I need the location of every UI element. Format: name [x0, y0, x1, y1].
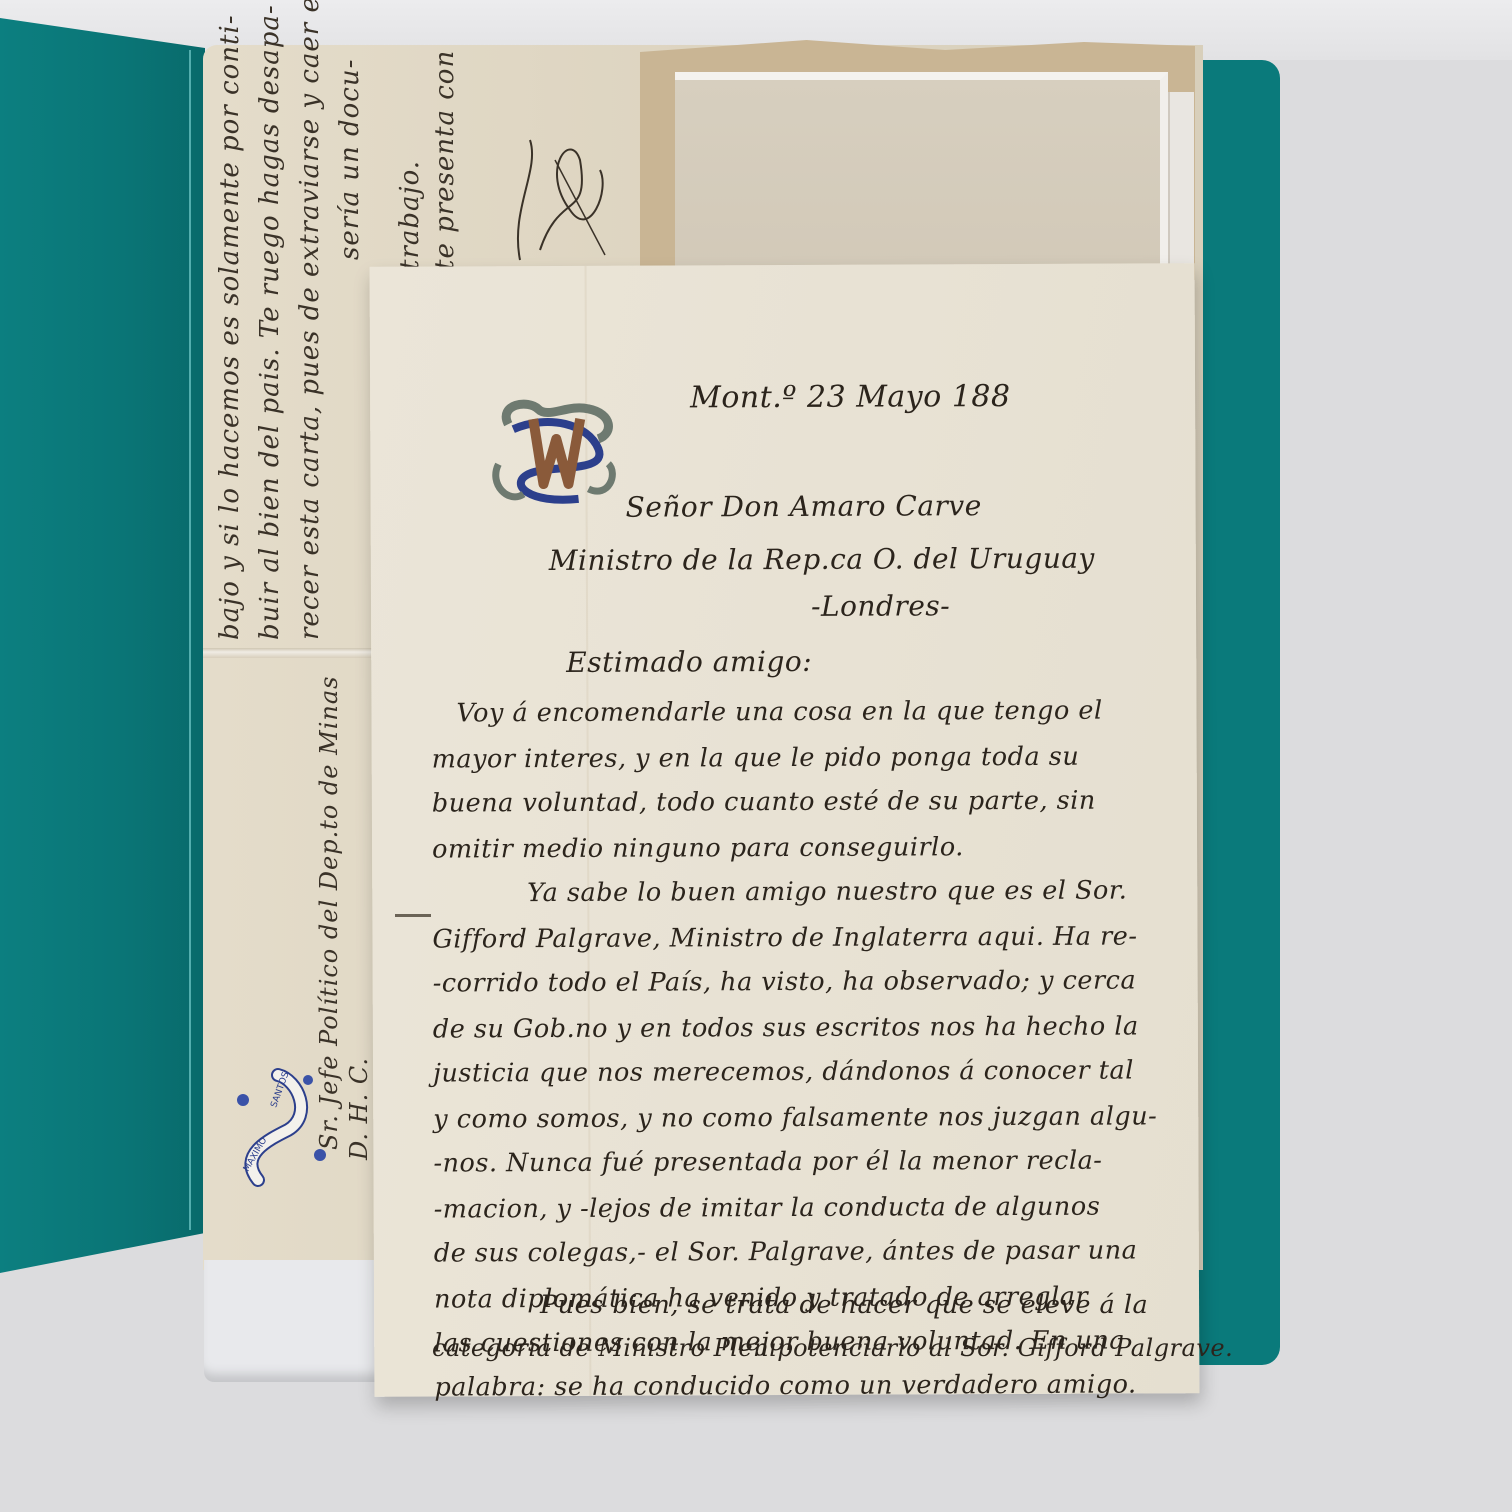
folder-right-pocket [1190, 60, 1280, 1365]
letter-line: Voy á encomendarle una cosa en la que te… [456, 696, 1102, 729]
plastic-sleeve [204, 1260, 376, 1382]
ms-monogram-icon [488, 394, 625, 510]
letter-line: Ya sabe lo buen amigo nuestro que es el … [527, 876, 1127, 909]
recipient-name: Señor Don Amaro Carve [626, 489, 982, 524]
letter-line: buena voluntad, todo cuanto esté de su p… [432, 786, 1096, 819]
letter-line: justicia que nos merecemos, dándonos á c… [433, 1055, 1134, 1088]
letter-line: de sus colegas,- el Sor. Palgrave, ántes… [434, 1235, 1138, 1268]
back-line: trabajo. [395, 120, 425, 270]
back-lower-line: D. H. C. [345, 880, 373, 1160]
letter-line: de su Gob.no y en todos sus escritos nos… [433, 1011, 1139, 1044]
folder-left-flap [0, 18, 205, 1493]
letter-line: Pues bien, se trata de hacer que se elev… [540, 1290, 1148, 1320]
stacked-sheet [675, 72, 1168, 280]
front-letter-sheet: Mont.º 23 Mayo 188 Señor Don Amaro Carve… [370, 263, 1200, 1397]
back-line: te presenta con [430, 60, 460, 270]
letter-line: Gifford Palgrave, Ministro de Inglaterra… [432, 921, 1137, 954]
maximo-santos-stamp-icon: MAXIMO SANTOS [228, 1060, 338, 1190]
folder-crease [189, 50, 191, 1230]
letter-line: mayor interes, y en la que le pido ponga… [432, 742, 1080, 775]
back-line: recer esta carta, pues de extraviarse y … [295, 60, 325, 640]
letter-line: categoria de Ministro Plenipotenciario a… [432, 1334, 1233, 1362]
recipient-title: Ministro de la Rep.ca O. del Uruguay [549, 542, 1095, 577]
back-line: buir al bien del pais. Te ruego hagas de… [255, 60, 285, 640]
margin-arrow-mark [395, 914, 431, 917]
letter-line: omitir medio ninguno para conseguirlo. [432, 832, 964, 864]
recipient-city: -Londres- [811, 589, 950, 623]
letter-line: y como somos, y no como falsamente nos j… [433, 1101, 1157, 1134]
signature-flourish-icon [500, 130, 620, 270]
letter-line: -macion, y -lejos de imitar la conducta … [434, 1192, 1101, 1225]
back-line: sería un docu- [335, 60, 365, 260]
letter-line: palabra: se ha conducido como un verdade… [434, 1369, 1136, 1402]
back-line: bajo y si lo hacemos es solamente por co… [215, 60, 245, 640]
letter-date: Mont.º 23 Mayo 188 [690, 379, 1011, 415]
stacked-sheet-edge [1168, 92, 1194, 272]
paper-fold [203, 648, 375, 658]
letter-line: -corrido todo el País, ha visto, ha obse… [433, 965, 1137, 998]
salutation: Estimado amigo: [566, 645, 812, 679]
letter-line: -nos. Nunca fué presentada por él la men… [433, 1146, 1102, 1179]
